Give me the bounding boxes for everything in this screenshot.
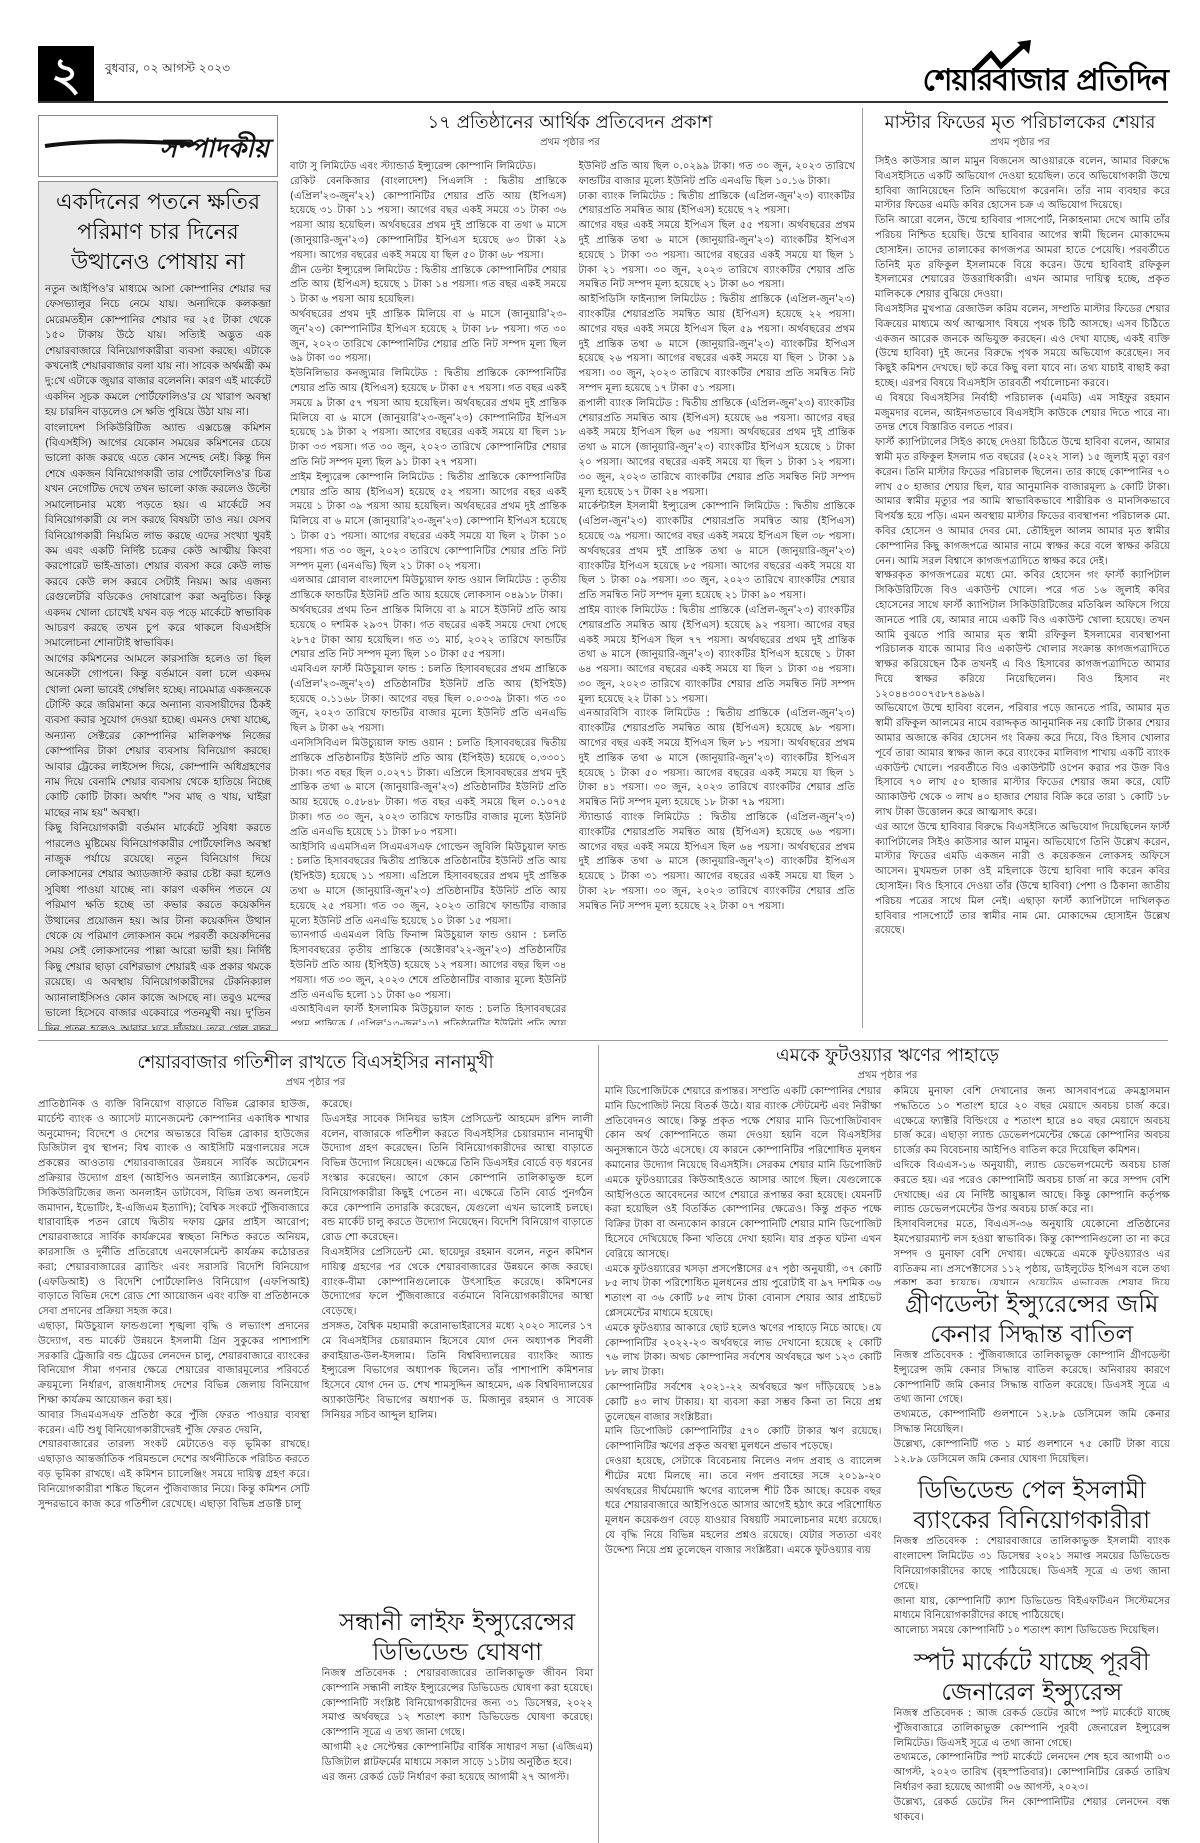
greendelta-article: গ্রীণডেল্টা ইন্স্যুরেন্সের জমি কেনার সিদ… (894, 1289, 1171, 1467)
paragraph: নিজস্ব প্রতিবেদক : আজ রেকর্ড ডেটের আগে স… (894, 1707, 1171, 1751)
issue-date: বুধবার, ০২ আগস্ট ২০২৩ (105, 60, 230, 80)
paragraph: ফার্স্ট ক্যাপিটালের সিইও কাছে দেওয়া চিঠ… (875, 436, 1170, 569)
article-column: প্রাতিষ্ঠানিক ও ব্যক্তি বিনিয়োগ বাড়াতে… (38, 1098, 310, 1843)
article-title: ১৭ প্রতিষ্ঠানের আর্থিক প্রতিবেদন প্রকাশ (290, 112, 850, 134)
article-column: করেছে। ডিএসইর সাবেক সিনিয়র ভাইস প্রেসিড… (322, 1098, 594, 1843)
editorial-paragraph: কিছু বিনিয়োগকারী বর্তমান মার্কেটে সুবিধ… (45, 821, 271, 1031)
paragraph: ইউনিট প্রতি আয় ছিল ০.০২৯৯ টাকা। গত ৩০ জ… (579, 160, 856, 190)
editorial-title: একদিনের পতনে ক্ষতির পরিমাণ চার দিনের উত্… (45, 188, 271, 278)
article-title: গ্রীণডেল্টা ইন্স্যুরেন্সের জমি কেনার সিদ… (894, 1289, 1171, 1349)
newspaper-logo: শেয়ারবাজার প্রতিদিন (868, 40, 1168, 98)
paragraph: উল্লেখ্য, কোম্পানিটি গত ১ মার্চ গুলশানে … (894, 1438, 1171, 1468)
paragraph: মার্কেন্টাইল ইসলামী ইন্স্যুরেন্স কোম্পান… (579, 500, 856, 604)
paragraph: এদিকে বিএএস-১৬ অনুযায়ী, ল্যান্ড ডেভেলপম… (894, 1159, 1171, 1218)
article-title: মাস্টার ফিডের মৃত পরিচালকের শেয়ার (870, 112, 1170, 134)
paragraph: এমকে ফুটওয়্যার আকারে ছোট হলেও ঋণের পাহা… (605, 1322, 882, 1381)
paragraph: কমিয়ে মুনাফা বেশি দেখানোর জন্য আসবাবপত্… (894, 1085, 1171, 1159)
top-rule (38, 101, 1168, 103)
paragraph: এমবিএল ফার্স্ট মিউচুয়াল ফান্ড : চলতি হি… (290, 663, 567, 737)
mk-footwear-continued: কমিয়ে মুনাফা বেশি দেখানোর জন্য আসবাবপত্… (894, 1085, 1171, 1285)
paragraph: নিজস্ব প্রতিবেদক : শেয়ারবাজারের তালিকাভ… (322, 1667, 594, 1741)
paragraph: এআইবিএল ফার্স্ট ইসলামিক মিউচুয়াল ফান্ড … (290, 1003, 567, 1025)
editorial-paragraph: আগের কমিশনের আমলে কারসাজি হলেও তা ছিল অন… (45, 652, 271, 821)
paragraph: এর জন্য রেকর্ড ডেট নির্ধারণ করা হয়েছে আ… (322, 1771, 594, 1786)
editorial-box: একদিনের পতনে ক্ষতির পরিমাণ চার দিনের উত্… (38, 181, 278, 1031)
paragraph: আইপিডিসি ফাইন্যান্স লিমিটেড : দ্বিতীয় প… (579, 293, 856, 397)
article-title: সন্ধানী লাইফ ইন্স্যুরেন্সের ডিভিডেন্ড ঘো… (322, 1607, 594, 1667)
section-divider (38, 1040, 1168, 1041)
editorial-paragraph: নতুন আইপিও'র মাধ্যমে আসা কোম্পানির শেয়া… (45, 282, 271, 421)
paragraph: মানি ডিপোজিট কোম্পানিটির ৫৭০ কোটি টাকার … (605, 1425, 882, 1455)
paragraph: এর আগে উম্মে হাবিবার বিরুদ্ধে বিএসইসিতে … (875, 821, 1170, 939)
islami-bank-article: ডিভিডেন্ড পেল ইসলামী ব্যাংকের বিনিয়োগকা… (894, 1475, 1171, 1639)
editorial-banner: সম্পাদকীয় (38, 115, 278, 177)
article-continuation: প্রথম পৃষ্ঠার পর (290, 135, 850, 152)
paragraph: মানি ডিপোজিটকে শেয়ারে রূপান্তর। সম্প্রত… (605, 1085, 882, 1263)
paragraph: এনআরবিসি ব্যাংক লিমিটেড : দ্বিতীয় প্রান… (579, 707, 856, 811)
article-body: নিজস্ব প্রতিবেদক : শেয়ারবাজারে তালিকাভু… (894, 1535, 1171, 1639)
editorial-body: নতুন আইপিও'র মাধ্যমে আসা কোম্পানির শেয়া… (45, 282, 271, 1031)
sandhani-dividend-article: সন্ধানী লাইফ ইন্স্যুরেন্সের ডিভিডেন্ড ঘো… (322, 1607, 594, 1785)
paragraph: এমকে ফুটওয়্যারের খসড়া প্রসপেক্টাসের ৫৭… (605, 1263, 882, 1322)
paragraph: নিজস্ব প্রতিবেদক : শেয়ারবাজারে তালিকাভু… (894, 1535, 1171, 1594)
article-column: মানি ডিপোজিটকে শেয়ারে রূপান্তর। সম্প্রত… (605, 1085, 882, 1843)
paragraph: তথ্যমতে, কোম্পানিটি গুলশানে ১২.৮৯ ডেসিমে… (894, 1408, 1171, 1438)
paragraph: আবার সিএমএসএফ প্রতিষ্ঠা করে পুঁজি ফেরত প… (38, 1409, 310, 1439)
paragraph: ইউনিলিভার কনজ্যুমার লিমিটেড : দ্বিতীয় প… (290, 367, 567, 471)
paragraph: অভিযোগে উম্মে হাবিবা বলেন, পরিবার পড়ে জ… (875, 702, 1170, 820)
article-title: ডিভিডেন্ড পেল ইসলামী ব্যাংকের বিনিয়োগকা… (894, 1475, 1171, 1535)
paragraph: দেওয়া হয়েছে, সেটাকে বিবেচনায় নিলেও নগ… (605, 1455, 882, 1559)
paragraph: আইসিবি এএমসিএল সিএমএসএফ গোল্ডেন জুবিলি ম… (290, 841, 567, 930)
paragraph: গ্রীন ডেল্টা ইন্স্যুরেন্স লিমিটেড : দ্বি… (290, 264, 567, 308)
paragraph: ভ্যানগার্ড এএমএল বিডি ফিনান্স মিউচুয়াল … (290, 929, 567, 1003)
paragraph: উল্লেখ্য, রেকর্ড ডেটের দিন কোম্পানিটির শ… (894, 1796, 1171, 1826)
bsec-header: শেয়ারবাজার গতিশীল রাখতে বিএসইসির নানামু… (38, 1052, 593, 1092)
editorial-paragraph: বাংলাদেশ সিকিউরিটিজ অ্যান্ড এক্সচেঞ্জ কম… (45, 421, 271, 652)
paragraph: এনসিসিবিএল মিউচ্যুয়াল ফান্ড ওয়ান : চলত… (290, 737, 567, 841)
article-body: নিজস্ব প্রতিবেদক : আজ রেকর্ড ডেটের আগে স… (894, 1707, 1171, 1825)
paragraph: কোম্পানিটির সর্বশেষ ২০২১-২২ অর্থবছরে ঋণ … (605, 1381, 882, 1425)
master-feed-header: মাস্টার ফিডের মৃত পরিচালকের শেয়ার প্রথম… (870, 112, 1170, 152)
paragraph: প্রসঙ্গত, বৈশ্বিক মহামারী করোনাভাইরাসের … (322, 1320, 594, 1424)
paragraph: হিসাববিলদের মতে, বিএএস-৩৬ অনুযায়ি যেকোন… (894, 1218, 1171, 1285)
paragraph: এ বিষয়ে বিএসইসির নির্বাহী পরিচালক (এমডি… (875, 392, 1170, 436)
article-continuation: প্রথম পৃষ্ঠার পর (38, 1075, 593, 1092)
paragraph: এছাড়া, মিউচুয়াল ফান্ডগুলো শৃঙ্খলা বৃদ্… (38, 1320, 310, 1409)
article-title: এমকে ফুটওয়্যার ঋণের পাহাড়ে (605, 1045, 1170, 1067)
paragraph: বাটা সু লিমিটেড এবং স্ট্যান্ডার্ড ইন্স্য… (290, 160, 567, 175)
paragraph: অর্থবছরের প্রথম তিন প্রান্তিক মিলিয়ে বা… (290, 604, 567, 663)
article-column: বাটা সু লিমিটেড এবং স্ট্যান্ডার্ড ইন্স্য… (290, 160, 567, 1025)
page-number: ২ (38, 46, 94, 102)
financial-reports-header: ১৭ প্রতিষ্ঠানের আর্থিক প্রতিবেদন প্রকাশ … (290, 112, 850, 152)
article-column: ইউনিট প্রতি আয় ছিল ০.০২৯৯ টাকা। গত ৩০ জ… (579, 160, 856, 1025)
paragraph: স্ট্যান্ডার্ড ব্যাংক লিমিটেড : দ্বিতীয় … (579, 811, 856, 915)
paragraph: জানা যায়, কোম্পানিটি ক্যাশ ডিভিডেন্ড বি… (894, 1595, 1171, 1625)
logo-text: শেয়ারবাজার প্রতিদিন (923, 64, 1168, 98)
paragraph: তিনি আরো বলেন, উম্মে হাবিবার পাসপোর্ট, ন… (875, 214, 1170, 303)
paragraph: করেছে। (322, 1098, 594, 1113)
editorial-banner-title: সম্পাদকীয় (160, 128, 269, 172)
paragraph: বিএসইসির প্রেসিডেন্ট মো. ছায়েদুর রহমান … (322, 1246, 594, 1320)
paragraph: এলআর গ্লোবাল বাংলাদেশ মিউচ্যুয়াল ফান্ড … (290, 574, 567, 604)
paragraph: ডিএসইর সাবেক সিনিয়র ভাইস প্রেসিডেন্ট আহ… (322, 1113, 594, 1246)
article-column: কমিয়ে মুনাফা বেশি দেখানোর জন্য আসবাবপত্… (894, 1085, 1171, 1843)
article-column: সিইও কাউসার আল মামুন বিজনেস আওয়ারকে বলে… (875, 155, 1170, 1025)
column-divider (862, 108, 863, 1028)
master-feed-body: সিইও কাউসার আল মামুন বিজনেস আওয়ারকে বলে… (875, 155, 1170, 1025)
paragraph: আগের বছর একই সময়ে ইপিএস ছিল ৫৫ পয়সা। অ… (579, 219, 856, 293)
mk-footwear-header: এমকে ফুটওয়্যার ঋণের পাহাড়ে প্রথম পৃষ্ঠ… (605, 1045, 1170, 1085)
paragraph: রূপালী ব্যাংক লিমিটেড : দ্বিতীয় প্রান্ত… (579, 397, 856, 501)
article-continuation: প্রথম পৃষ্ঠার পর (605, 1068, 1170, 1085)
paragraph: রেকিট বেনকিজার (বাংলাদেশ) পিএলসি : দ্বিত… (290, 175, 567, 264)
column-divider (598, 1045, 599, 1843)
paragraph: শেয়ারবাজারের তারল্য সংকট মেটাতেও বড় ভূ… (38, 1438, 310, 1512)
paragraph: নিজস্ব প্রতিবেদক : পুঁজিবাজারে তালিকাভুক… (894, 1349, 1171, 1408)
editorial-section: সম্পাদকীয় একদিনের পতনে ক্ষতির পরিমাণ চা… (38, 115, 278, 1035)
paragraph: আলোচ্য সময়ে কোম্পানিটি ১০ শতাংশ ক্যাশ ড… (894, 1624, 1171, 1639)
paragraph: সিইও কাউসার আল মামুন বিজনেস আওয়ারকে বলে… (875, 155, 1170, 214)
bsec-body: প্রাতিষ্ঠানিক ও ব্যক্তি বিনিয়োগ বাড়াতে… (38, 1098, 593, 1843)
paragraph: প্রাতিষ্ঠানিক ও ব্যক্তি বিনিয়োগ বাড়াতে… (38, 1098, 310, 1320)
bsec-column-text: করেছে। ডিএসইর সাবেক সিনিয়র ভাইস প্রেসিড… (322, 1098, 594, 1603)
article-title: স্পট মার্কেটে যাচ্ছে পূরবী জেনারেল ইন্স্… (894, 1647, 1171, 1707)
paragraph: বিএসইসির মুখপাত্র রেজাউল করিম বলেন, সম্প… (875, 303, 1170, 392)
masthead: ২ বুধবার, ০২ আগস্ট ২০২৩ শেয়ারবাজার প্রত… (38, 40, 1168, 98)
paragraph: আগামী ২৫ সেপ্টেম্বর কোম্পানিটির বার্ষিক … (322, 1741, 594, 1771)
paragraph: প্রাইম ব্যাংক লিমিটেড : দ্বিতীয় প্রান্ত… (579, 604, 856, 708)
mk-footwear-body: মানি ডিপোজিটকে শেয়ারে রূপান্তর। সম্প্রত… (605, 1085, 1170, 1843)
paragraph: প্রাইম ইন্স্যুরেন্স কোম্পানি লিমিটেড : দ… (290, 471, 567, 575)
article-continuation: প্রথম পৃষ্ঠার পর (870, 135, 1170, 152)
paragraph: স্বাক্ষরকৃত কাগজপত্রের মধ্যে মো. কবির হো… (875, 569, 1170, 702)
article-body: নিজস্ব প্রতিবেদক : শেয়ারবাজারের তালিকাভ… (322, 1667, 594, 1785)
paragraph: তথ্যমতে, কোম্পানিটির স্পট মার্কেটে লেনদে… (894, 1751, 1171, 1795)
financial-reports-body: বাটা সু লিমিটেড এবং স্ট্যান্ডার্ড ইন্স্য… (290, 160, 855, 1025)
paragraph: অর্থবছরের প্রথম দুই প্রান্তিক মিলিয়ে বা… (290, 308, 567, 367)
paragraph: ঢাকা ব্যাংক লিমিটেড : দ্বিতীয় প্রান্তিক… (579, 190, 856, 220)
article-title: শেয়ারবাজার গতিশীল রাখতে বিএসইসির নানামু… (38, 1052, 593, 1074)
purabi-spot-article: স্পট মার্কেটে যাচ্ছে পূরবী জেনারেল ইন্স্… (894, 1647, 1171, 1825)
article-body: নিজস্ব প্রতিবেদক : পুঁজিবাজারে তালিকাভুক… (894, 1349, 1171, 1467)
